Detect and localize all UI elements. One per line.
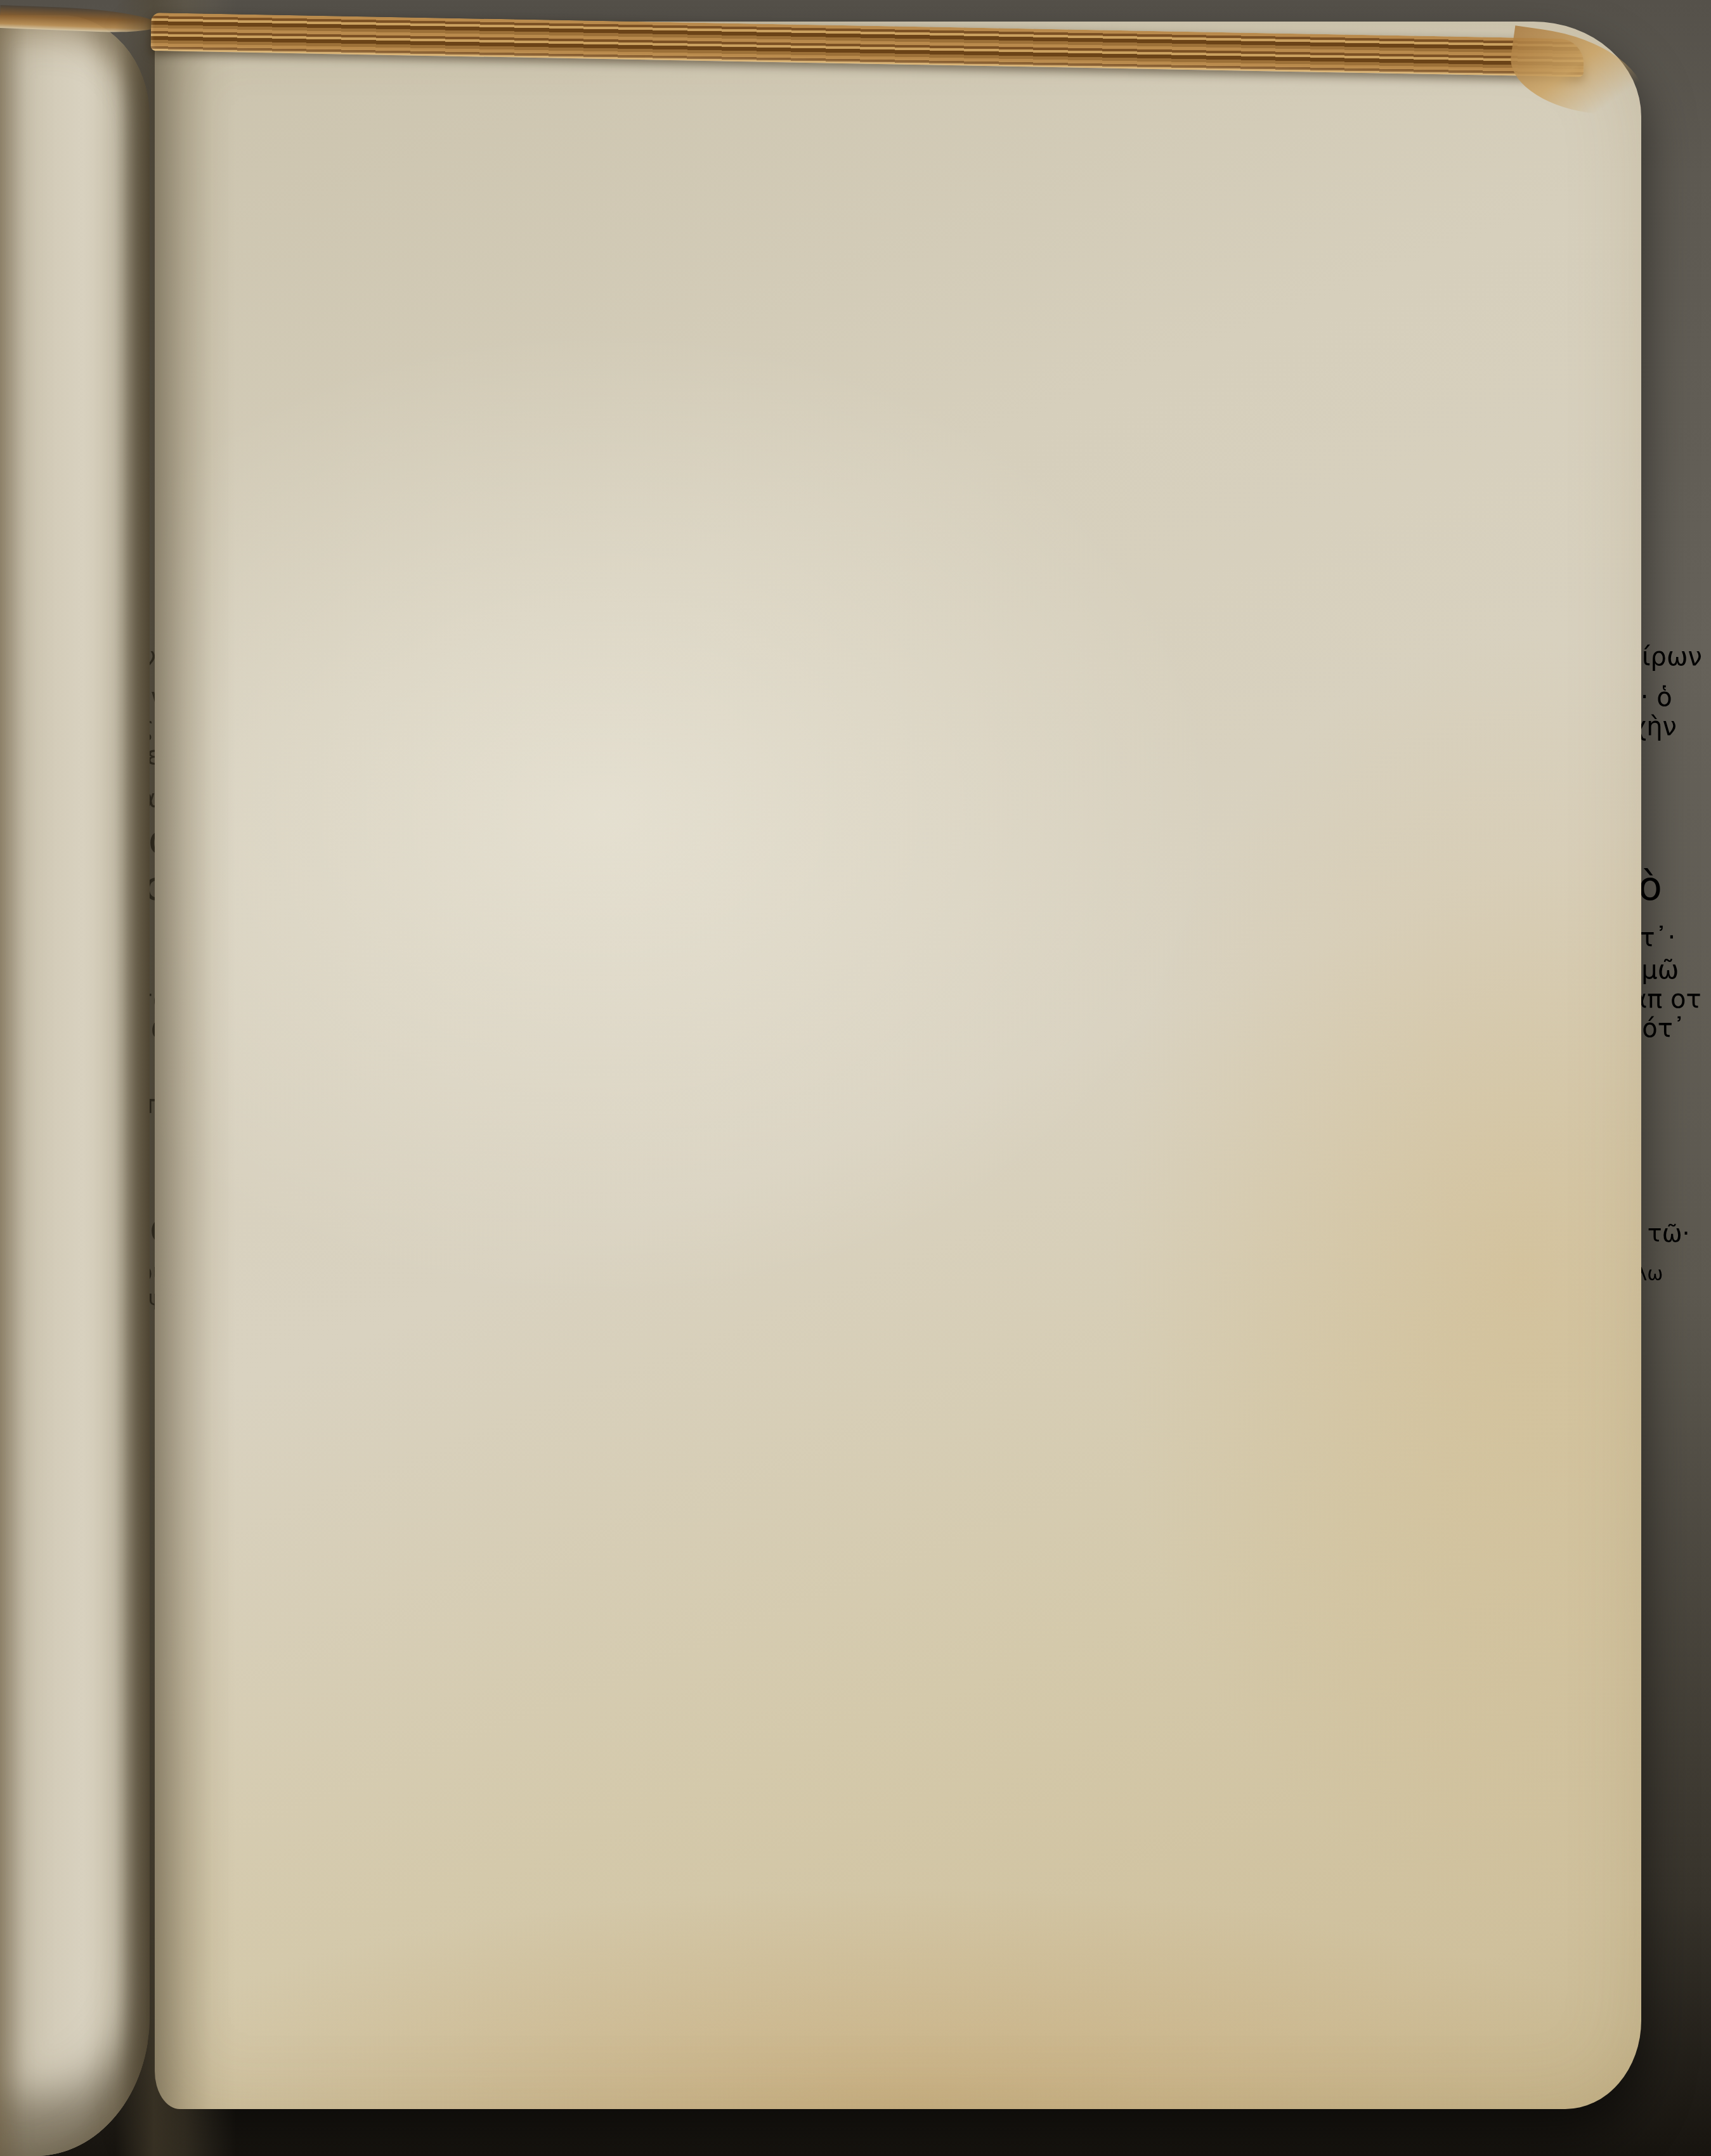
manuscript-page xyxy=(155,22,1641,2109)
manuscript-photo: 97 Δοκεῖ μὲν μόνον προτρέπειν ἐπὶ δόσιν … xyxy=(0,0,1711,2156)
gutter-shadow xyxy=(115,0,236,2156)
